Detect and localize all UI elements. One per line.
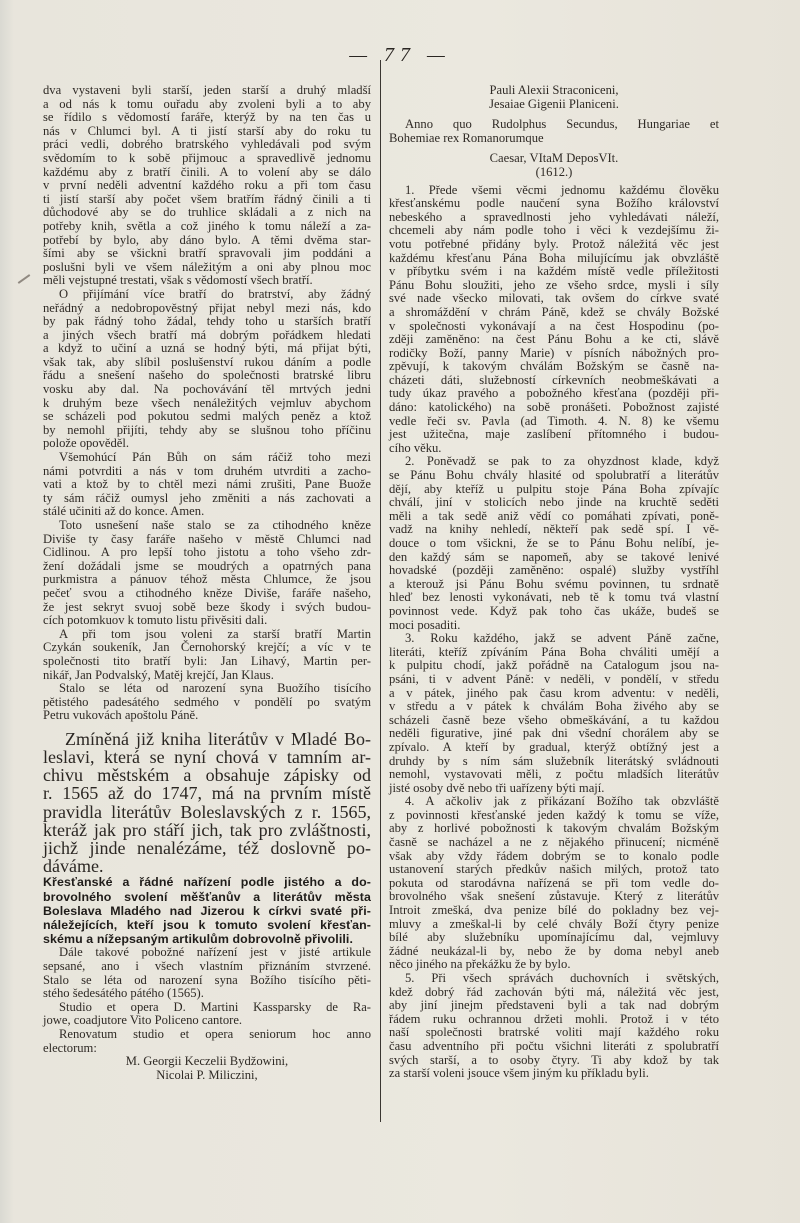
text-line: 2. Poněvadž se pak to za ohyzdnost klade… <box>389 455 719 469</box>
text-line: purkmistra a pánuov téhož města Chlumce,… <box>43 573 371 587</box>
text-line: kdež dobrý řád zachován býti má, náležit… <box>389 986 719 1000</box>
text-line: však tak, aby slíbil poslušenství rukou … <box>43 356 371 370</box>
text-line: a shromáždění v chrám Páně, kdež se chvá… <box>389 306 719 320</box>
paragraph: A při tom jsou voleni za starší bratří M… <box>43 628 371 682</box>
text-line: hovadské (později zaměněno: ospalé) služ… <box>389 564 719 578</box>
article-2: 2. Poněvadž se pak to za ohyzdnost klade… <box>389 455 719 632</box>
text-line: chcemeli aby nám podle toho i věci k vez… <box>389 224 719 238</box>
text-line: a kterouž jsi Pánu Bohu svému povinnen, … <box>389 578 719 592</box>
text-line: nemohl, vystavovati měli, z počtu mladší… <box>389 768 719 782</box>
text-line: řádem ruku ochrannou držeti mohli. Proto… <box>389 1013 719 1027</box>
page-number: — 77 — <box>0 44 800 67</box>
text-line: Stalo se léta od narození syna Buožího t… <box>43 682 371 696</box>
text-line: aby jiní jinejm představeni byli a tak n… <box>389 999 719 1013</box>
text-line: jowe, coadjutore Vito Policeno cantore. <box>43 1014 371 1028</box>
text-line: svědomím to k sobě přijmouc a spravedliv… <box>43 152 371 166</box>
article-1: 1. Přede všemi věcmi jednomu každému člo… <box>389 184 719 456</box>
text-line: neřádný a nedobropověstný přijat nebyl m… <box>43 302 371 316</box>
text-line: svých starší, a to osoby čtyry. Ti aby k… <box>389 1054 719 1068</box>
text-line: electorum: <box>43 1042 371 1056</box>
text-line: den každý sám se napomeň, aby se takové … <box>389 551 719 565</box>
text-line: vati a ktož by to chtěl mezi námi zrušit… <box>43 478 371 492</box>
text-line: tudy úkaz pravého a pobožného křesťana (… <box>389 387 719 401</box>
text-line: naší společnosti bratrské voliti mají ka… <box>389 1026 719 1040</box>
text-line: dáno: katolického) na sobě pronášeti. Po… <box>389 401 719 415</box>
paragraph: Stalo se léta od narození syna Buožího t… <box>43 682 371 723</box>
text-line: nikář, Jan Podvalský, Matěj krejčí, Jan … <box>43 669 371 683</box>
text-line: Všemohúcí Pán Bůh on sám ráčiž toho mezi <box>43 451 371 465</box>
text-line: chivu městském a obsahuje zápisky od <box>43 766 371 784</box>
text-line: žení dožádali jsme se moudrých a opatrný… <box>43 560 371 574</box>
text-line: scházeli časně beze všeho obmeškávání, a… <box>389 714 719 728</box>
text-line: že jest sekryt svuoj sobě beze škody i s… <box>43 601 371 615</box>
text-line: vedle řeči sv. Pavla (ad Timoth. 4. N. 8… <box>389 415 719 429</box>
article-5: 5. Při všech správách duchovních i světs… <box>389 972 719 1081</box>
text-line: Toto usnešení naše stalo se za ctihodnéh… <box>43 519 371 533</box>
text-line: Renovatum studio et opera seniorum hoc a… <box>43 1028 371 1042</box>
text-line: chválí, jiní v stolicích nebo jinde na k… <box>389 496 719 510</box>
text-line: povinnost vede. Když pak toho čas ukáže,… <box>389 605 719 619</box>
text-line: skému a nížepsaným artikulům dobrovolně … <box>43 932 371 946</box>
text-line: v společnosti vykonávají a na čest Hospo… <box>389 320 719 334</box>
text-line: časně se nacházel a ne z nějakého přinuc… <box>389 836 719 850</box>
text-line: měli a tak sedě aniž vědí co pomáhati zp… <box>389 510 719 524</box>
text-line: v první neděli adventní každého roku a p… <box>43 179 371 193</box>
text-line: psáni, ti v advent Páně: v neděli, v pon… <box>389 673 719 687</box>
text-line: neděli figurative, jiné pak dni všední c… <box>389 727 719 741</box>
text-line: námi potvrditi a nás v tom druhém utvrdi… <box>43 465 371 479</box>
text-line: z povinnosti křesťanské jeden každý k to… <box>389 809 719 823</box>
text-line: každému křesťanu Pána Boha milujícímu ja… <box>389 252 719 266</box>
text-line: a od nás k tomu ouřadu aby zvoleni byli … <box>43 98 371 112</box>
text-line: každému aby z bratří činili. A to volení… <box>43 166 371 180</box>
text-line: řádu a snešení našeho do společnosti bra… <box>43 369 371 383</box>
text-line: pětistého padesátého sedmého v pondělí p… <box>43 696 371 710</box>
text-line: něco jiného na překážku že by bylo. <box>389 958 719 972</box>
text-line: cího věku. <box>389 442 719 456</box>
text-line: ti jistí starší aby počet všem bratřím ř… <box>43 193 371 207</box>
book-page: — 77 — dva vystaveni byli starší, jeden … <box>0 0 800 1223</box>
text-line: nás v Chlumci byl. A ti jistí starší aby… <box>43 125 371 139</box>
text-line: Studio et opera D. Martini Kassparsky de… <box>43 1001 371 1015</box>
text-line: nebeského a spravedlnosti jeho vyhledáva… <box>389 211 719 225</box>
text-line: zději zaměněno: na čest Pánu Bohu a ke c… <box>389 333 719 347</box>
text-line: a v pátek, jiného pak času krom adventu:… <box>389 687 719 701</box>
text-line: 1. Přede všemi věcmi jednomu každému člo… <box>389 184 719 198</box>
text-line: Nicolai P. Miliczini, <box>43 1069 371 1083</box>
text-line: v středu a v pátek k chválám Boha živého… <box>389 700 719 714</box>
text-line: A při tom jsou voleni za starší bratří M… <box>43 628 371 642</box>
text-line: zpěvují, k takovým chválám Božským se ča… <box>389 360 719 374</box>
text-line: 5. Při všech správách duchovních i světs… <box>389 972 719 986</box>
text-line: polože opověděl. <box>43 437 371 451</box>
text-line: však aby vždy řádem dobrým se to konalo … <box>389 850 719 864</box>
text-line: k pulpitu chodí, jakž pořádně na Catalog… <box>389 659 719 673</box>
text-line: O přijímání více bratří do bratrství, ab… <box>43 288 371 302</box>
text-line: aby z horlivé pobožnosti k takovým chval… <box>389 822 719 836</box>
text-line: rodičky Boží, panny Marie) v písních náb… <box>389 347 719 361</box>
text-line: Introit zmešká, dva penize bílé do pokla… <box>389 904 719 918</box>
paragraph: Studio et opera D. Martini Kassparsky de… <box>43 1001 371 1028</box>
text-line: hleď bez lenosti vykonávati, neb tě k to… <box>389 591 719 605</box>
text-line: Pauli Alexii Straconiceni, <box>389 84 719 98</box>
text-line: se Pánu Bohu chvály hlasité od spolubrat… <box>389 469 719 483</box>
text-line: ty sám ráčiž oumysl jeho změniti a nás z… <box>43 492 371 506</box>
paragraph: Toto usnešení naše stalo se za ctihodnéh… <box>43 519 371 628</box>
text-line: sepsané, ano i všech vlastním přiznáním … <box>43 960 371 974</box>
text-line: moci posaditi. <box>389 619 719 633</box>
text-line: poslušni byli ve všem náležitým a oni ab… <box>43 261 371 275</box>
text-line: by pak řádný toho žádal, tehdy toho u st… <box>43 315 371 329</box>
text-line: důchodové aby se do truhlice skládali a … <box>43 206 371 220</box>
text-line: a jiných všech bratří má dobrým pořádkem… <box>43 329 371 343</box>
editorial-note: Zmíněná již kniha literátův v Mladé Bo-l… <box>43 730 371 876</box>
text-line: druhdy by s ním sám služebník literátský… <box>389 755 719 769</box>
text-line: cházeti dáti, služebností církevních neo… <box>389 374 719 388</box>
text-line: Cidlinou. A pro lepší toho jistotu a toh… <box>43 546 371 560</box>
text-line: v příbytku svém i na každém místě vedle … <box>389 265 719 279</box>
text-line: Bohemiae rex Romanorumque <box>389 132 719 146</box>
text-line: 3. Roku každého, jakž se advent Páně zač… <box>389 632 719 646</box>
text-line: se řídilo s vědomostí faráře, kterýž by … <box>43 111 371 125</box>
text-line: brovolného svolení měšťanův a literátův … <box>43 890 371 904</box>
text-line: dva vystaveni byli starší, jeden starší … <box>43 84 371 98</box>
text-line: Pánu Bohu sloužiti, jeho ze všeho srdce,… <box>389 279 719 293</box>
paragraph: Renovatum studio et opera seniorum hoc a… <box>43 1028 371 1055</box>
text-line: Zmíněná již kniha literátův v Mladé Bo- <box>43 730 371 748</box>
text-line: potřebí by bylo, aby dáno bylo. A těmi d… <box>43 234 371 248</box>
text-line: šími aby se všickni bratří spravovali ji… <box>43 247 371 261</box>
text-line: leslavi, která se nyní chová v tamním ar… <box>43 748 371 766</box>
text-line: společnosti tito bratří byli: Jan Lihavý… <box>43 655 371 669</box>
column-divider <box>380 60 381 1122</box>
text-line: Jesaiae Gigenii Planiceni. <box>389 98 719 112</box>
text-line: bílé aby služebníku upomínajícímu dal, v… <box>389 931 719 945</box>
text-line: (1612.) <box>389 166 719 180</box>
text-line: dáváme. <box>43 857 371 875</box>
text-line: dějí, aby kteříž u pulpitu stoje Pána Bo… <box>389 483 719 497</box>
text-line: douce o tom všickni, že se to Pánu Bohu … <box>389 537 719 551</box>
text-line: Czykán soukeník, Jan Černohorský krejčí;… <box>43 641 371 655</box>
text-line: jichž jinde nenalézáme, též doslovně po- <box>43 839 371 857</box>
text-line: by nemohl přijíti, tehdy aby se slušnou … <box>43 424 371 438</box>
text-line: mluvy a zmeškal-li by celé chvály Boží č… <box>389 918 719 932</box>
paragraph: O přijímání více bratří do bratrství, ab… <box>43 288 371 451</box>
paragraph: dva vystaveni byli starší, jeden starší … <box>43 84 371 288</box>
text-line: Boleslava Mladého nad Jizerou k církvi s… <box>43 904 371 918</box>
signatories: Pauli Alexii Straconiceni,Jesaiae Gigeni… <box>389 84 719 111</box>
text-line: Dále takové pobožné nařízení jest v jist… <box>43 946 371 960</box>
text-line: kteráž jak pro stáří jich, tak pro zvláš… <box>43 821 371 839</box>
text-line: své nade všecko milovati, tak ovšem do c… <box>389 292 719 306</box>
text-line: brovolného však snešení zůstavuje. Který… <box>389 890 719 904</box>
text-line: cích potomkuov k tomuto listu přivěsiti … <box>43 614 371 628</box>
signatories: M. Georgii Keczelii Bydžowini,Nicolai P.… <box>43 1055 371 1082</box>
text-line: za starší voleni jsouce všem jiným ku př… <box>389 1067 719 1081</box>
text-line: Křesťanské a řádné nařízení podle jistéh… <box>43 875 371 889</box>
text-line: vosku aby dal. Na pochovávání těl mrtvýc… <box>43 383 371 397</box>
text-line: stého šedesátého pátého (1565). <box>43 987 371 1001</box>
text-line: žádné neukázal-li by, nebo že by doma ne… <box>389 945 719 959</box>
text-line: literáti, kteříž zpíváním Pána Boha chvá… <box>389 646 719 660</box>
text-line: votu potřebné přidány byly. Protož nálež… <box>389 238 719 252</box>
chronogram: Caesar, VItaM DeposVIt.(1612.) <box>389 152 719 179</box>
text-line: zpívalo. A kteří by gradual, kterýž obtí… <box>389 741 719 755</box>
text-line: pravidla literátův Boleslavských z r. 15… <box>43 803 371 821</box>
text-line: Caesar, VItaM DeposVIt. <box>389 152 719 166</box>
paragraph: Dále takové pobožné nařízení jest v jist… <box>43 946 371 1000</box>
ink-mark <box>18 274 31 284</box>
text-line: k druhým beze všech nenáležitých vejmluv… <box>43 397 371 411</box>
text-line: stálé učiniti až do konce. Amen. <box>43 505 371 519</box>
text-line: 4. A ačkoliv jak z přikázaní Božího tak … <box>389 795 719 809</box>
text-line: se scházeli pod pokutou sedmi malých pen… <box>43 410 371 424</box>
text-line: práci vedli, dobrého bratrského vyhledáv… <box>43 138 371 152</box>
text-line: jest užitečna, maje zaslíbení přítomného… <box>389 428 719 442</box>
text-line: měli vejstupné trestati, však s vědomost… <box>43 274 371 288</box>
text-line: potřeby knih, světla a což jiného k tomu… <box>43 220 371 234</box>
text-line: pokuta od starodávna nařízená se při tom… <box>389 877 719 891</box>
right-column: Pauli Alexii Straconiceni,Jesaiae Gigeni… <box>389 84 719 1081</box>
text-line: a když to učiní a uzná se hodný býti, má… <box>43 342 371 356</box>
text-line: křesťanskému podle naučení syna Božího k… <box>389 197 719 211</box>
paragraph: Všemohúcí Pán Bůh on sám ráčiž toho mezi… <box>43 451 371 519</box>
text-line: Petru vukovách apoštolu Páně. <box>43 709 371 723</box>
text-line: vadž na knihy nehledí, někteří pak sedě … <box>389 523 719 537</box>
text-line: času adventního při počtu všichni literá… <box>389 1040 719 1054</box>
text-line: r. 1565 až do 1747, má na prvním místě <box>43 784 371 802</box>
text-line: Stalo se léta od narození syna Božího ti… <box>43 974 371 988</box>
text-line: ustanovení starých předkův našich milých… <box>389 863 719 877</box>
text-line: jisté osoby dvě nebo tři uařízeny býti m… <box>389 782 719 796</box>
paragraph: Anno quo Rudolphus Secundus, Hungariae e… <box>389 118 719 145</box>
article-4: 4. A ačkoliv jak z přikázaní Božího tak … <box>389 795 719 972</box>
text-line: pečeť svou a ctihodného kněze Diviše, fa… <box>43 587 371 601</box>
text-line: Anno quo Rudolphus Secundus, Hungariae e… <box>389 118 719 132</box>
text-line: náležejících, kteří jsou k tomuto svolen… <box>43 918 371 932</box>
left-column: dva vystaveni byli starší, jeden starší … <box>43 84 371 1082</box>
article-3: 3. Roku každého, jakž se advent Páně zač… <box>389 632 719 795</box>
text-line: M. Georgii Keczelii Bydžowini, <box>43 1055 371 1069</box>
section-heading: Křesťanské a řádné nařízení podle jistéh… <box>43 875 371 946</box>
text-line: Diviše ty časy faráře našeho v městě Chl… <box>43 533 371 547</box>
